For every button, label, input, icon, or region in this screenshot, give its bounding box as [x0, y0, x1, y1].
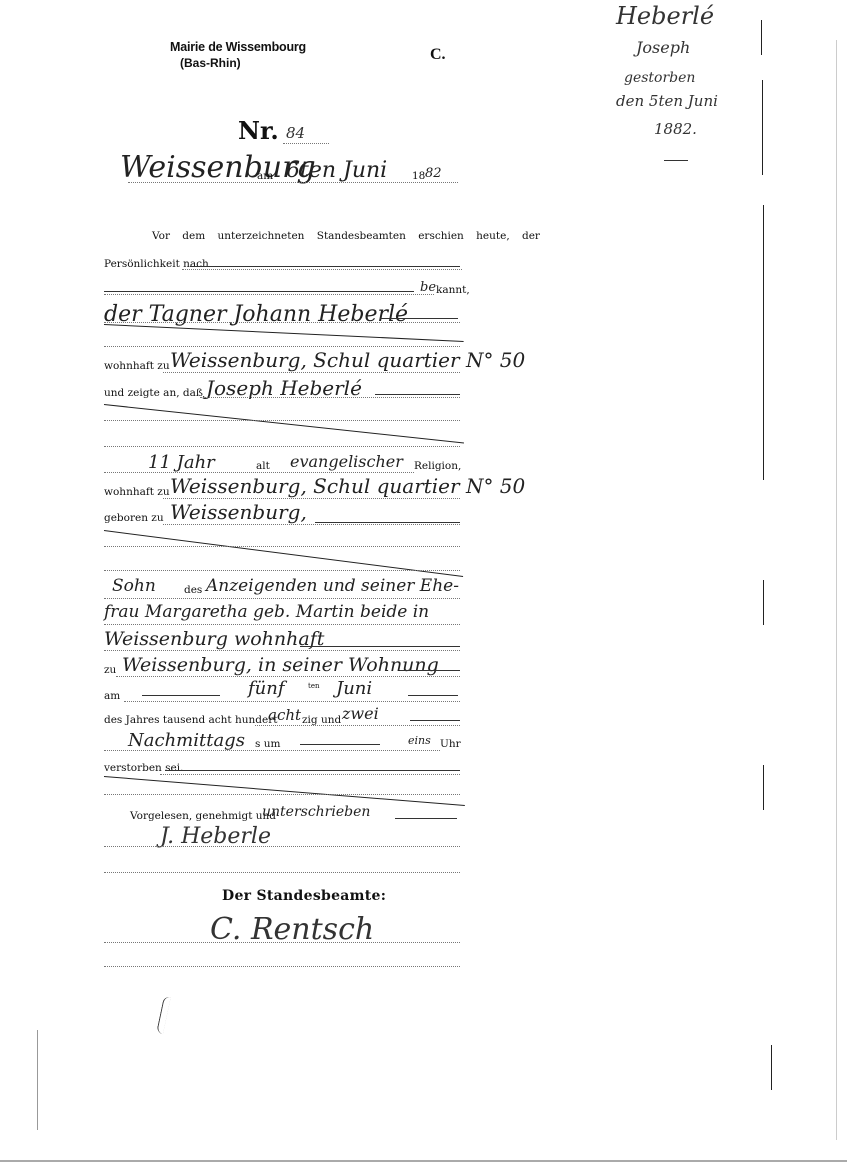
margin-vertical-line [763, 580, 764, 625]
year-phrase: des Jahres tausend acht hundert [104, 714, 277, 726]
official-title: Der Standesbeamte: [222, 888, 386, 904]
margin-date: den 5ten Juni [616, 92, 718, 110]
diagonal-cancel-line [104, 776, 465, 806]
date-prefix: am [257, 170, 273, 182]
death-place: Weissenburg, in seiner Wohnung [122, 654, 439, 676]
cancel-line [315, 522, 460, 523]
dotted-line [104, 322, 460, 323]
dotted-line [104, 294, 434, 295]
dotted-line [200, 397, 460, 398]
year-suffix: 82 [425, 166, 442, 181]
known-label: kannt, [436, 284, 470, 296]
margin-status: gestorben [624, 70, 695, 86]
hour-label: Uhr [440, 738, 461, 750]
stray-mark [156, 996, 171, 1035]
died-label: verstorben sei. [104, 762, 183, 774]
death-day: fünf [248, 678, 285, 699]
death-day-suffix: ten [308, 682, 319, 690]
time-s-um: s um [255, 738, 280, 750]
declarant-residence: Weissenburg, Schul quartier N° 50 [170, 348, 525, 372]
dotted-line [255, 725, 460, 726]
year-tens: acht [268, 706, 301, 724]
religion-label: Religion, [414, 460, 461, 472]
death-place-label: zu [104, 664, 116, 676]
cancel-line [380, 318, 458, 319]
parents-line-3: Weissenburg wohnhaft [104, 628, 324, 650]
dotted-line [128, 182, 458, 183]
dotted-line [116, 676, 460, 677]
dotted-line [160, 774, 460, 775]
year-prefix: 18 [412, 170, 425, 182]
record-date: 6ten Juni [286, 158, 387, 183]
dotted-line [104, 472, 414, 473]
page-edge-line [836, 40, 837, 1140]
intro-text: Vor dem unterzeichneten Standesbeamten e… [152, 230, 540, 242]
mairie-stamp: Mairie de Wissembourg [170, 40, 306, 54]
relation: Sohn [112, 576, 156, 596]
margin-vertical-line [762, 80, 763, 175]
cancel-line [300, 744, 380, 745]
dotted-line [104, 598, 460, 599]
region-stamp: (Bas-Rhin) [180, 56, 241, 70]
margin-surname: Heberlé [616, 2, 714, 30]
year-units: zwei [342, 704, 379, 723]
dotted-line [104, 942, 460, 943]
hour: eins [408, 734, 431, 747]
dotted-line [104, 794, 460, 795]
dotted-line [104, 446, 460, 447]
form-letter: C. [430, 46, 446, 64]
record-number: 84 [286, 124, 305, 142]
margin-vertical-line [771, 1045, 772, 1090]
time-of-day: Nachmittags [128, 730, 245, 751]
cancel-line [142, 695, 220, 696]
announced-label: und zeigte an, daß [104, 387, 203, 399]
dotted-line [104, 346, 460, 347]
margin-year: 1882. [654, 120, 697, 138]
parents-line-1: Anzeigenden und seiner Ehe- [206, 576, 459, 596]
dotted-line [163, 498, 460, 499]
dotted-line [182, 269, 462, 270]
born-place: Weissenburg, [170, 500, 307, 524]
dotted-line [104, 846, 460, 847]
religion: evangelischer [290, 452, 403, 471]
dotted-line [104, 966, 460, 967]
cancel-line [104, 291, 414, 292]
deceased-age: 11 Jahr [148, 452, 215, 473]
margin-rule [664, 160, 688, 161]
record-number-label: Nr. [238, 116, 279, 145]
cancel-line [165, 770, 460, 771]
cancel-line [190, 266, 460, 267]
diagonal-cancel-line [104, 404, 464, 443]
dotted-line [163, 524, 460, 525]
cancel-line [408, 695, 458, 696]
dotted-line [124, 701, 460, 702]
cancel-line [300, 646, 460, 647]
bottom-edge [0, 1160, 847, 1162]
margin-vertical-line [763, 765, 764, 810]
margin-given-name: Joseph [636, 38, 690, 57]
margin-vertical-line [763, 205, 764, 480]
cancel-line [395, 818, 457, 819]
margin-vertical-line [761, 20, 762, 55]
dotted-line [104, 624, 460, 625]
residence-label: wohnhaft zu [104, 360, 170, 372]
dotted-line [104, 650, 460, 651]
read-approved-label: Vorgelesen, genehmigt und [130, 810, 276, 822]
signed-handwritten: unterschrieben [262, 804, 370, 820]
parents-line-2: frau Margaretha geb. Martin beide in [104, 602, 429, 622]
death-date-label: am [104, 690, 120, 702]
dotted-line [104, 546, 460, 547]
age-suffix: alt [256, 460, 270, 472]
born-label: geboren zu [104, 512, 164, 524]
dotted-line [104, 420, 460, 421]
left-edge-line [37, 1030, 38, 1130]
dotted-line [104, 750, 440, 751]
deceased-residence: Weissenburg, Schul quartier N° 50 [170, 474, 525, 498]
dotted-line [104, 570, 460, 571]
death-month: Juni [336, 678, 372, 699]
cancel-line [375, 394, 460, 395]
relation-des: des [184, 584, 202, 596]
dotted-line [283, 143, 329, 144]
known-handwritten: be [420, 280, 436, 295]
cancel-line [400, 670, 460, 671]
dotted-line [163, 372, 460, 373]
cancel-line [410, 720, 460, 721]
declarant-name: der Tagner Johann Heberlé [104, 302, 408, 327]
dotted-line [104, 872, 460, 873]
deceased-residence-label: wohnhaft zu [104, 486, 170, 498]
